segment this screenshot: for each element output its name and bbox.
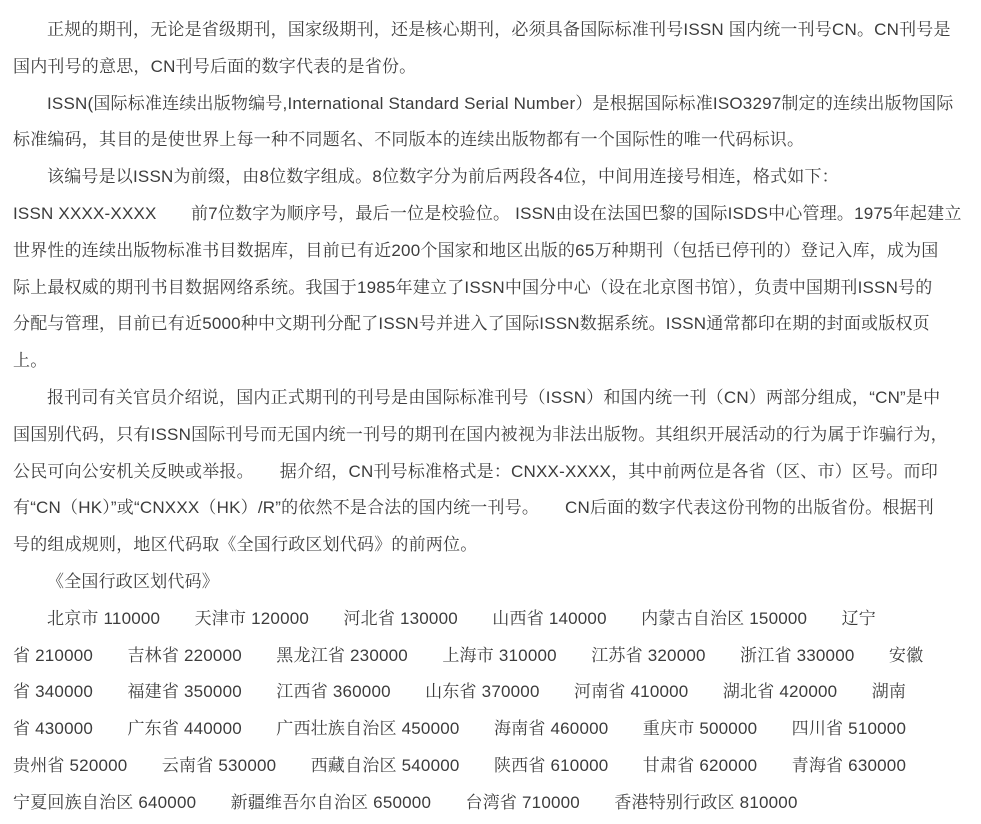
paragraph-issn-format-intro: 该编号是以ISSN为前缀，由8位数字组成。8位数字分为前后两段各4位，中间用连接… [13,159,971,196]
text-line: 报刊司有关官员介绍说，国内正式期刊的刊号是由国际标准刊号（ISSN）和国内统一刊… [13,380,971,417]
text-line: 际上最权威的期刊书目数据网络系统。我国于1985年建立了ISSN中国分中心（设在… [13,270,971,307]
text-line: 该编号是以ISSN为前缀，由8位数字组成。8位数字分为前后两段各4位，中间用连接… [13,159,971,196]
region-code-line: 贵州省 520000 云南省 530000 西藏自治区 540000 陕西省 6… [13,748,971,785]
text-line: 分配与管理，目前已有近5000种中文期刊分配了ISSN号并进入了国际ISSN数据… [13,306,971,343]
paragraph-issn-definition: ISSN(国际标准连续出版物编号,International Standard … [13,86,971,160]
text-line: 国内刊号的意思，CN刊号后面的数字代表的是省份。 [13,49,971,86]
text-line: 有“CN（HK）”或“CNXXX（HK）/R”的依然不是合法的国内统一刊号。 C… [13,490,971,527]
paragraph-cn-number: 报刊司有关官员介绍说，国内正式期刊的刊号是由国际标准刊号（ISSN）和国内统一刊… [13,380,971,564]
text-line: 号的组成规则，地区代码取《全国行政区划代码》的前两位。 [13,527,971,564]
paragraph-issn-format-detail: ISSN XXXX-XXXX 前7位数字为顺序号，最后一位是校验位。 ISSN由… [13,196,971,380]
region-code-line: 省 210000 吉林省 220000 黑龙江省 230000 上海市 3100… [13,638,971,675]
text-line: 正规的期刊，无论是省级期刊，国家级期刊，还是核心期刊，必须具备国际标准刊号ISS… [13,12,971,49]
paragraph-journal-intro: 正规的期刊，无论是省级期刊，国家级期刊，还是核心期刊，必须具备国际标准刊号ISS… [13,12,971,86]
article-body: 正规的期刊，无论是省级期刊，国家级期刊，还是核心期刊，必须具备国际标准刊号ISS… [0,0,981,824]
text-line: 世界性的连续出版物标准书目数据库，目前已有近200个国家和地区出版的65万种期刊… [13,233,971,270]
text-line: ISSN(国际标准连续出版物编号,International Standard … [13,86,971,123]
region-code-line: 北京市 110000 天津市 120000 河北省 130000 山西省 140… [13,601,971,638]
text-line: 公民可向公安机关反映或举报。 据介绍，CN刊号标准格式是：CNXX-XXXX，其… [13,454,971,491]
text-line: 上。 [13,343,971,380]
region-code-line: 宁夏回族自治区 640000 新疆维吾尔自治区 650000 台湾省 71000… [13,785,971,822]
paragraph-region-code-list: 北京市 110000 天津市 120000 河北省 130000 山西省 140… [13,601,971,822]
region-code-line: 省 430000 广东省 440000 广西壮族自治区 450000 海南省 4… [13,711,971,748]
text-line: ISSN XXXX-XXXX 前7位数字为顺序号，最后一位是校验位。 ISSN由… [13,196,971,233]
region-codes-heading: 《全国行政区划代码》 [13,564,971,601]
region-code-line: 省 340000 福建省 350000 江西省 360000 山东省 37000… [13,674,971,711]
text-line: 标准编码，其目的是使世界上每一种不同题名、不同版本的连续出版物都有一个国际性的唯… [13,122,971,159]
text-line: 国国别代码，只有ISSN国际刊号而无国内统一刊号的期刊在国内被视为非法出版物。其… [13,417,971,454]
paragraph-region-code-title: 《全国行政区划代码》 [13,564,971,601]
